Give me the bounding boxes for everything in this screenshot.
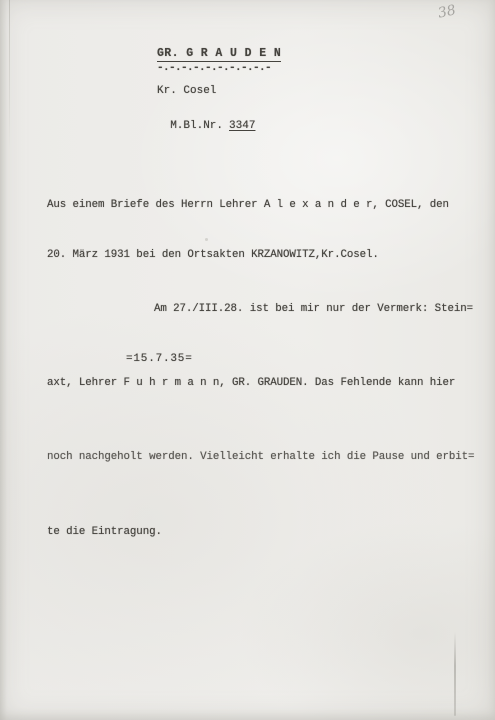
register-label: M.Bl.Nr. [170,120,223,132]
body-line-4: te die Eintragung. [47,520,474,545]
district-line: Kr. Cosel [157,85,216,97]
register-reference-line: M.Bl.Nr.3347 [157,108,255,132]
register-number: 3347 [229,120,255,132]
title-dash-rule: -.-.-.-.-.-.-.-.-.- [157,62,271,74]
place-title: GR. G R A U D E N [157,47,281,62]
body-line-3: noch nachgeholt werden. Vielleicht erhal… [47,445,474,470]
paper-crease [454,632,456,716]
paper-edge-line [9,0,10,150]
body-line-1: Am 27./III.28. ist bei mir nur der Verme… [47,297,474,322]
body-line-2: axt, Lehrer F u h r m a n n, GR. GRAUDEN… [47,371,474,396]
body-paragraph: Am 27./III.28. ist bei mir nur der Verme… [47,247,474,569]
date-note: =15.7.35= [126,353,193,365]
intro-line-1: Aus einem Briefe des Herrn Lehrer A l e … [47,197,449,214]
